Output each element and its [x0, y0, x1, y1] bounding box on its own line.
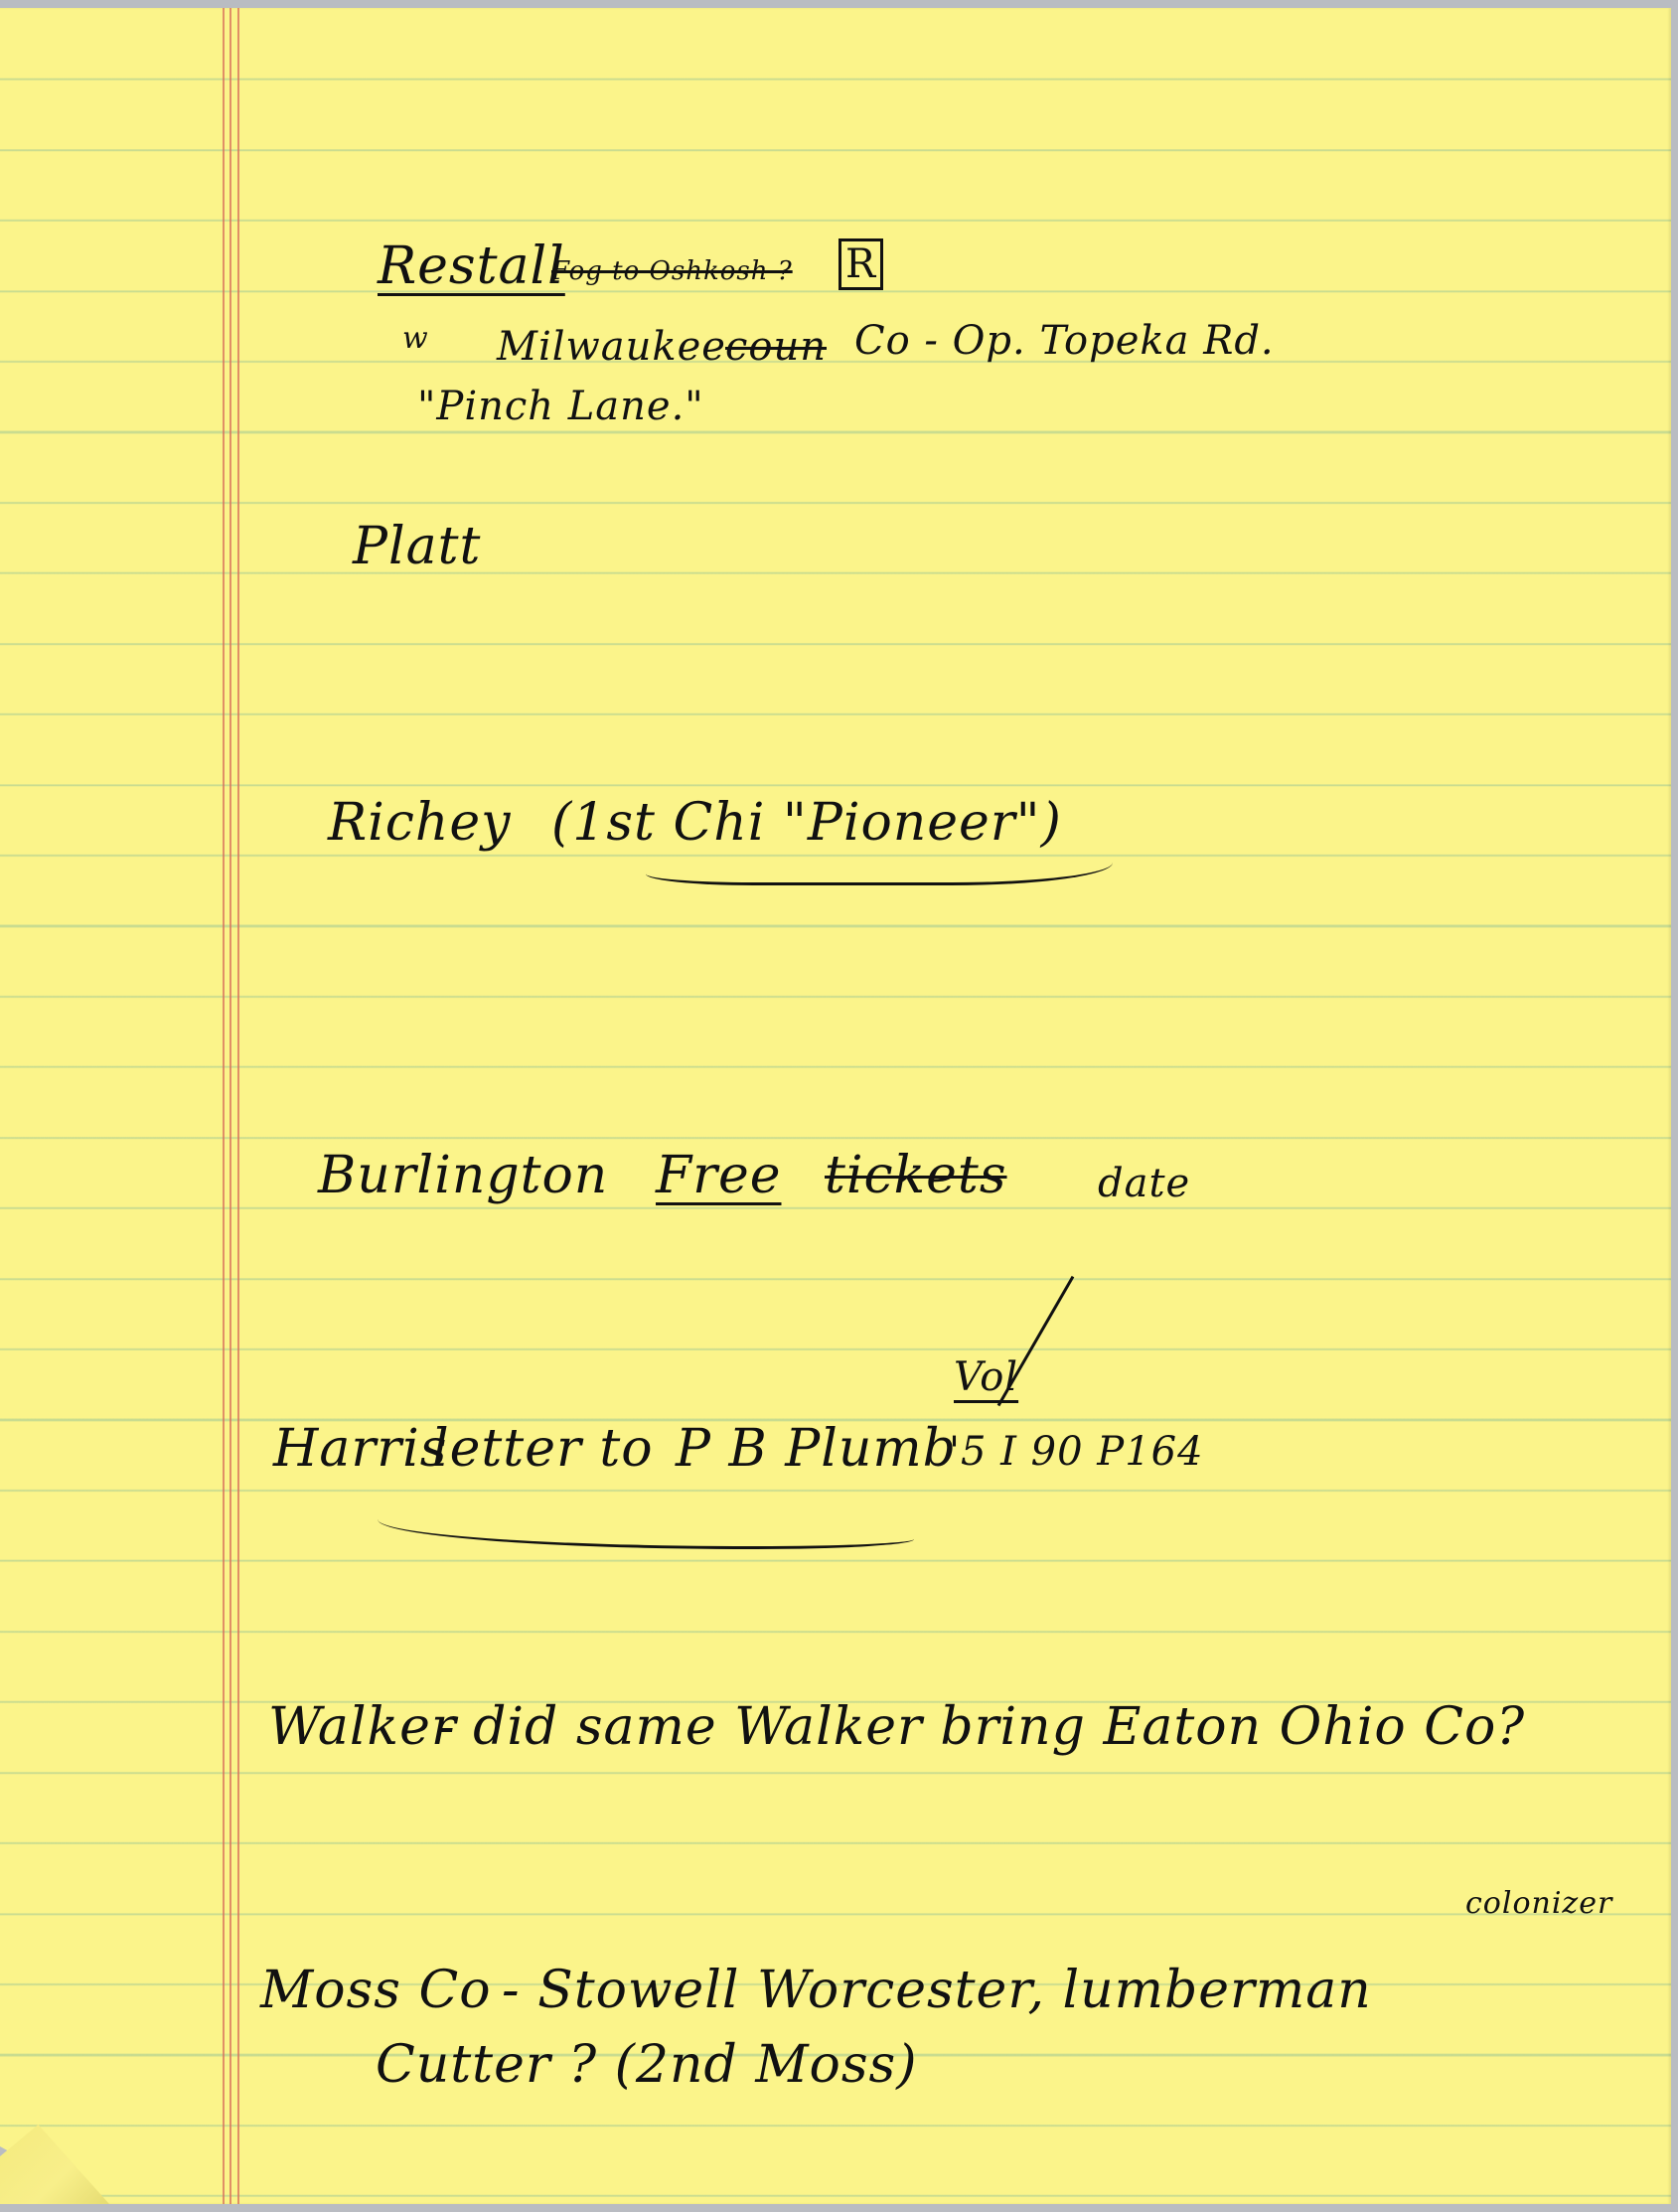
entry-insertion-colonizer: colonizer	[1465, 1886, 1612, 1921]
entry-prefix-restall: w	[402, 321, 429, 356]
wavy-underline	[378, 1518, 914, 1549]
margin-line	[223, 8, 225, 2204]
entry-heading-burlington: Burlington	[318, 1146, 608, 1205]
entry-annotation-restall: Fog to Oshkosh ?	[551, 256, 793, 286]
entry-recipient-harris: P B Plumb	[676, 1419, 957, 1479]
entry-detail-harris: letter to	[432, 1419, 654, 1479]
margin-line	[229, 8, 231, 2204]
boxed-mark: R	[839, 238, 883, 290]
entry-detail-richey: (1st Chi "Pioneer")	[551, 793, 1062, 853]
entry-detail-tickets: tickets	[825, 1146, 1007, 1205]
entry-insertion-vol: Vol	[954, 1354, 1018, 1400]
insertion-caret-stroke	[997, 1276, 1075, 1406]
entry-struck-restall: coun	[725, 324, 827, 370]
entry-heading-platt: Platt	[353, 517, 481, 576]
entry-reference-harris: '5 I 90 P164	[949, 1429, 1204, 1475]
entry-detail-walker: - did same Walker bring Eaton Ohio Co?	[437, 1697, 1525, 1757]
folded-corner	[0, 2125, 109, 2204]
margin-line	[237, 8, 239, 2204]
wavy-underline	[646, 863, 1113, 885]
legal-pad-page: Restall Fog to Oshkosh ? R w Milwaukee c…	[0, 8, 1671, 2204]
entry-heading-moss: Moss Co	[260, 1961, 492, 2020]
entry-detail-free: Free	[656, 1146, 781, 1205]
entry-line2-moss: Cutter ? (2nd Moss)	[376, 2035, 918, 2095]
entry-heading-walker: Walker	[268, 1697, 457, 1757]
entry-heading-harris: Harris	[273, 1419, 447, 1479]
entry-heading-richey: Richey	[328, 793, 512, 853]
entry-line2-suffix-restall: Co - Op. Topeka Rd.	[854, 318, 1275, 364]
entry-detail-moss: - Stowell Worcester, lumberman	[502, 1961, 1372, 2020]
entry-line2-restall: Milwaukee	[497, 324, 726, 370]
entry-detail-date: date	[1098, 1161, 1190, 1206]
entry-line3-restall: "Pinch Lane."	[417, 384, 704, 429]
entry-heading-restall: Restall	[378, 237, 565, 296]
